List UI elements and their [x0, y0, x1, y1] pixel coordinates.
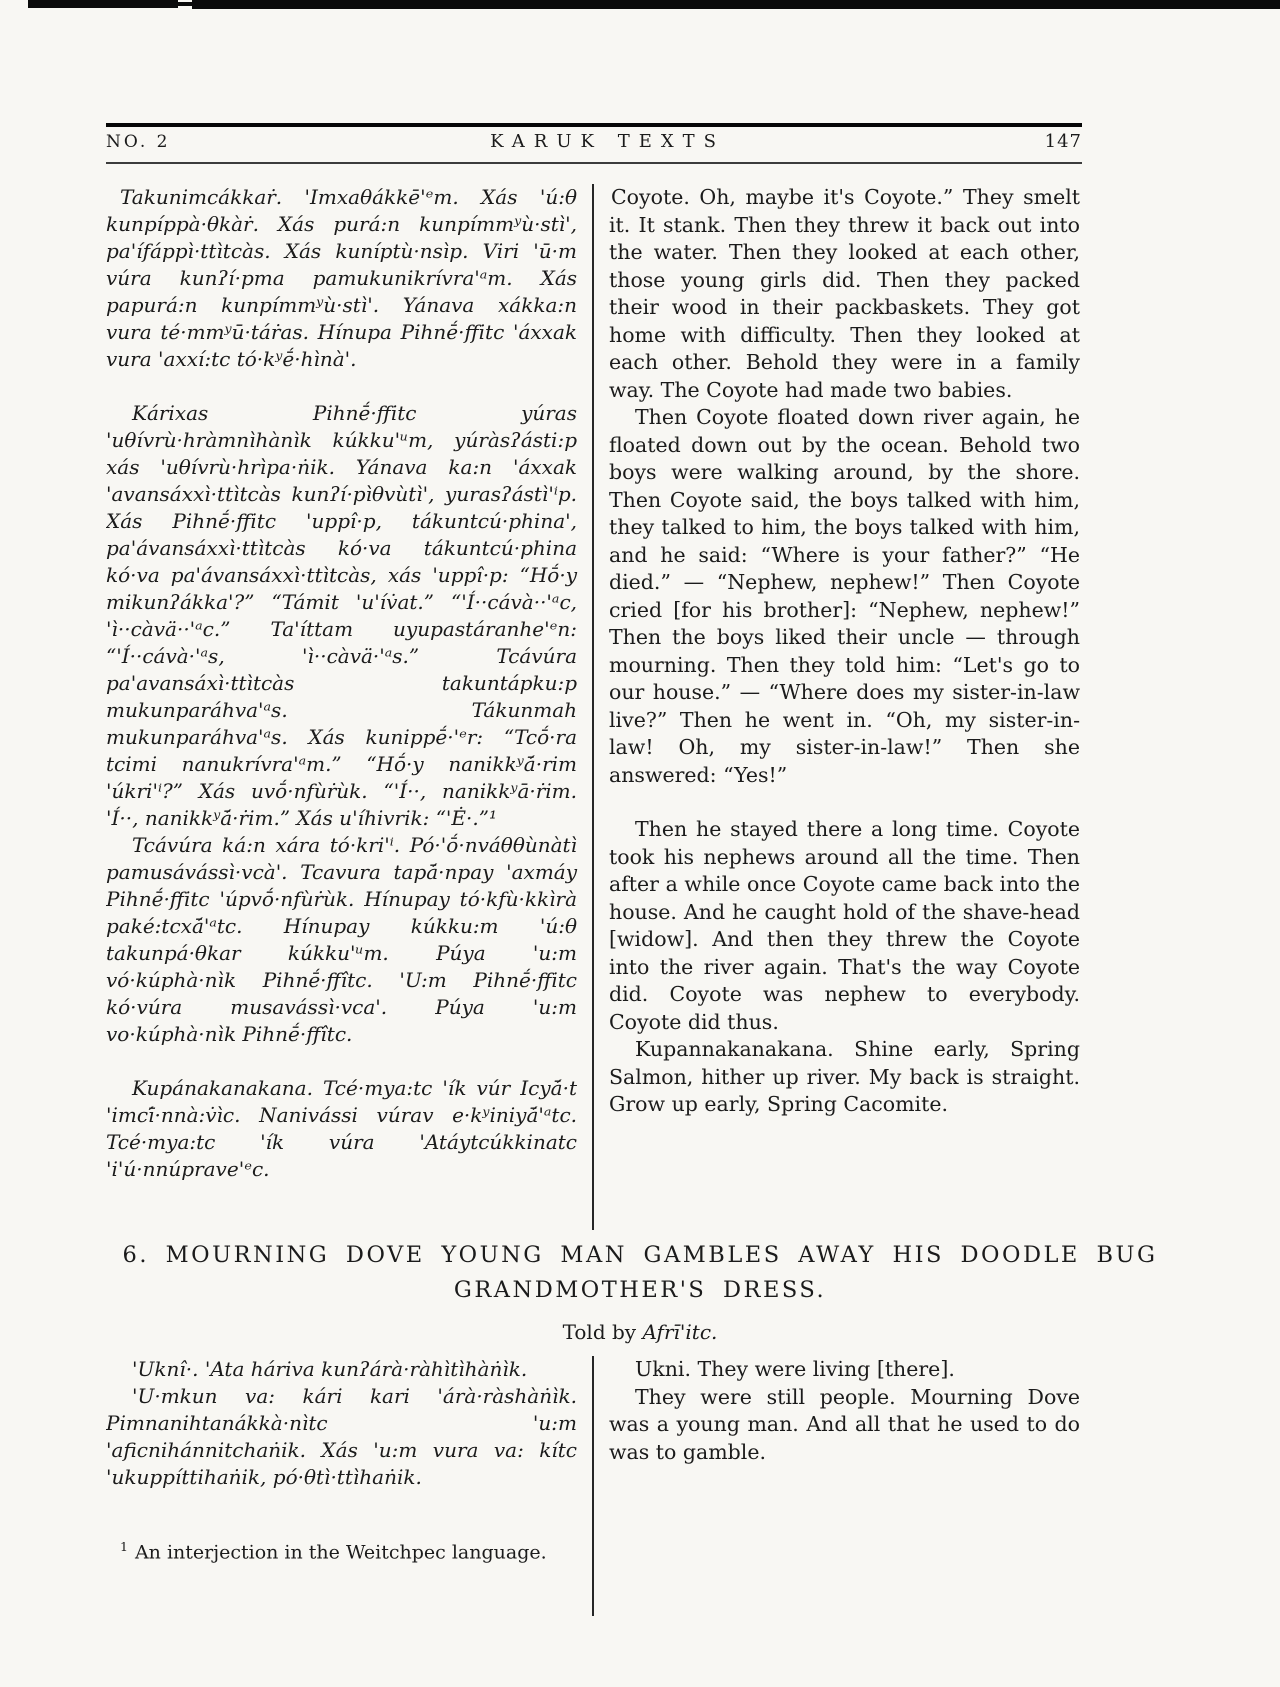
karuk-column: 'Uknî·. 'Ata háriva kunʔárà·ràhìtìhàṅìk.…: [106, 1356, 577, 1616]
header-rule-thin: [106, 162, 1082, 164]
column-divider-rule: [592, 1356, 594, 1616]
english-paragraph: Then he stayed there a long time. Coyote…: [609, 816, 1080, 1036]
told-by-line: Told by Afrī'itc.: [90, 1320, 1190, 1344]
karuk-paragraph: 'U·mkun va: kári kari 'árà·ràshàṅìk. Pim…: [106, 1383, 577, 1491]
scan-edge-artifact: [28, 0, 178, 8]
scanned-book-page: NO. 2 KARUK TEXTS 147 Takunimcákkaṙ. 'Im…: [0, 0, 1280, 1687]
page-number: 147: [1045, 131, 1082, 152]
english-paragraph: They were still people. Mourning Dove wa…: [609, 1384, 1080, 1467]
english-column: Coyote. Oh, maybe it's Coyote.” They sme…: [609, 184, 1080, 1230]
english-column: Ukni. They were living [there]. They wer…: [609, 1356, 1080, 1616]
column-divider-rule: [592, 184, 594, 1230]
karuk-paragraph: Tcávúra ká:n xára tó·kri'ⁱ. Pó·'ṓ·nváθθù…: [106, 832, 577, 1048]
english-paragraph: Coyote. Oh, maybe it's Coyote.” They sme…: [609, 184, 1080, 404]
footnote-marker: 1: [120, 1539, 128, 1554]
karuk-paragraph: Kárixas Pihnḗ·ffitc yúras 'uθívrù·hràmnì…: [106, 400, 577, 832]
footnote-text: An interjection in the Weitchpec languag…: [135, 1541, 547, 1563]
english-paragraph: Then Coyote floated down river again, he…: [609, 404, 1080, 789]
running-head: NO. 2 KARUK TEXTS 147: [106, 131, 1082, 152]
issue-number: NO. 2: [106, 132, 170, 152]
section-title: 6. MOURNING DOVE YOUNG MAN GAMBLES AWAY …: [90, 1238, 1190, 1308]
english-paragraph: Kupannakanakana. Shine early, Spring Sal…: [609, 1036, 1080, 1119]
teller-name: Afrī'itc.: [642, 1320, 717, 1344]
karuk-column: Takunimcákkaṙ. 'Imxaθákkē'ᵉm. Xás 'ú:θ k…: [106, 184, 577, 1230]
karuk-paragraph: Takunimcákkaṙ. 'Imxaθákkē'ᵉm. Xás 'ú:θ k…: [106, 184, 577, 373]
journal-title: KARUK TEXTS: [490, 131, 725, 152]
told-by-label: Told by: [563, 1320, 637, 1344]
karuk-paragraph: 'Uknî·. 'Ata háriva kunʔárà·ràhìtìhàṅìk.: [106, 1356, 577, 1383]
footnote: 1An interjection in the Weitchpec langua…: [106, 1535, 577, 1564]
section-heading: 6. MOURNING DOVE YOUNG MAN GAMBLES AWAY …: [90, 1238, 1190, 1344]
section6-columns: 'Uknî·. 'Ata háriva kunʔárà·ràhìtìhàṅìk.…: [106, 1356, 1082, 1616]
scan-edge-artifact: [178, 2, 192, 6]
english-paragraph: Ukni. They were living [there].: [609, 1356, 1080, 1384]
scan-edge-artifact: [192, 0, 1280, 9]
header-rule-thick: [106, 123, 1082, 127]
coyote-story-columns: Takunimcákkaṙ. 'Imxaθákkē'ᵉm. Xás 'ú:θ k…: [106, 184, 1082, 1230]
karuk-paragraph: Kupánakanakana. Tcé·mya:tc 'ík vúr Icyā́…: [106, 1075, 577, 1183]
